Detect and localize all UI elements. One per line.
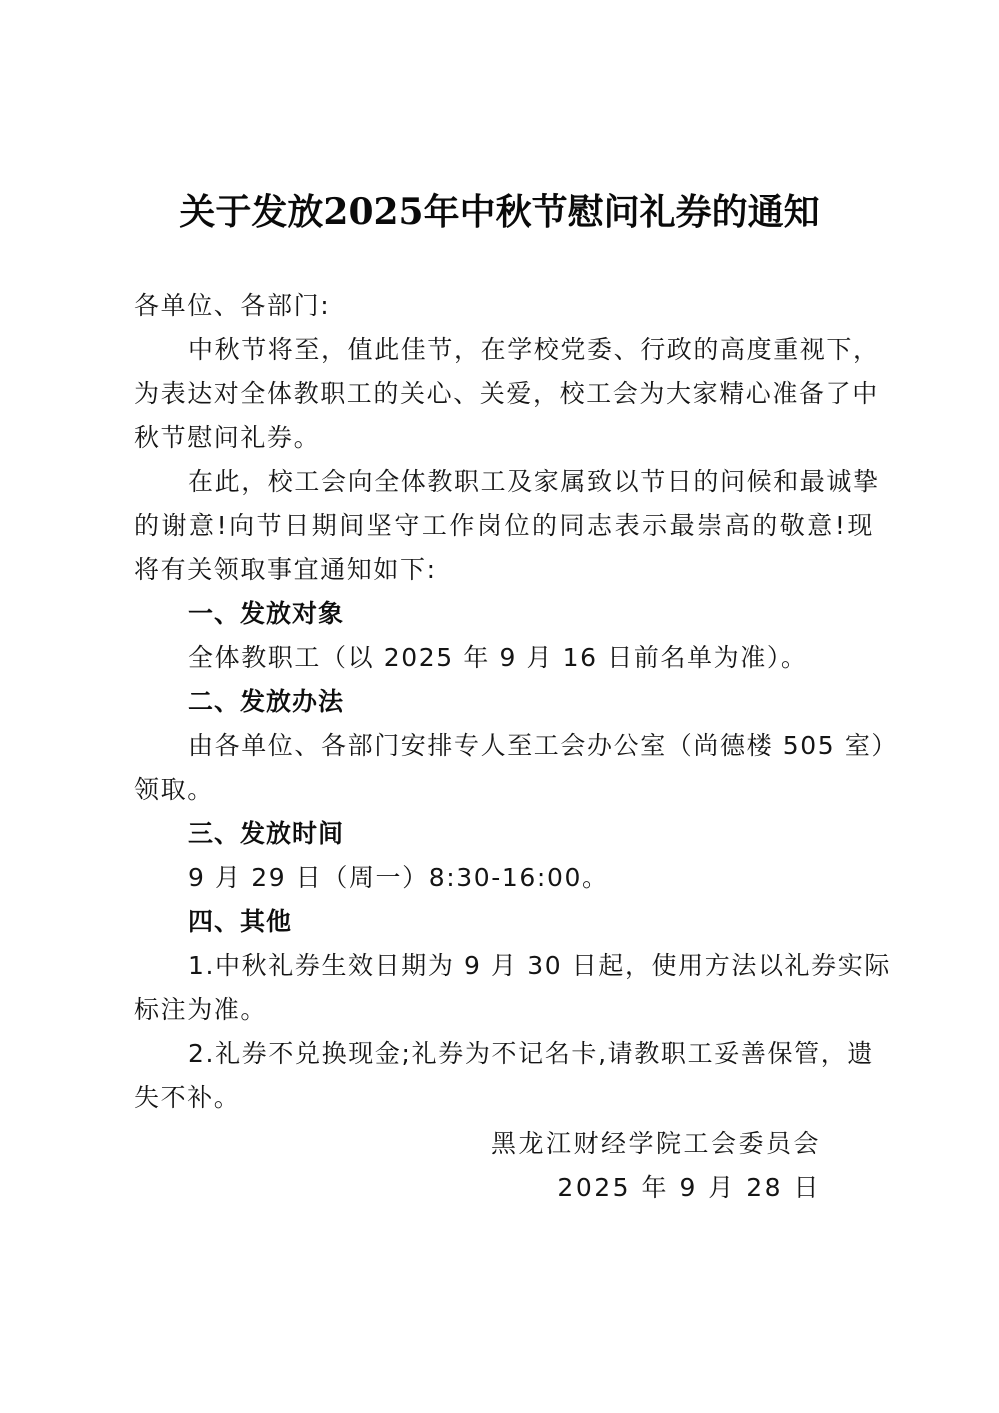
section-other-item-2-line-2: 失不补。 [134, 1080, 874, 1116]
paragraph-2-line-2: 的谢意!向节日期间坚守工作岗位的同志表示最崇高的敬意!现 [134, 508, 874, 544]
section-other-item-1-line-1: 1.中秋礼券生效日期为 9 月 30 日起，使用方法以礼券实际 [188, 948, 874, 984]
paragraph-1-line-2: 为表达对全体教职工的关心、关爱，校工会为大家精心准备了中 [134, 376, 874, 412]
document-title: 关于发放2025年中秋节慰问礼券的通知 [0, 186, 999, 238]
section-recipients-line-1: 全体教职工（以 2025 年 9 月 16 日前名单为准）。 [188, 640, 874, 676]
section-heading-time: 三、发放时间 [188, 816, 874, 852]
section-other-item-2-line-1: 2.礼券不兑换现金;礼券为不记名卡,请教职工妥善保管，遗 [188, 1036, 874, 1072]
paragraph-1-line-1: 中秋节将至，值此佳节，在学校党委、行政的高度重视下， [188, 332, 874, 368]
salutation: 各单位、各部门: [134, 288, 874, 324]
paragraph-1-line-3: 秋节慰问礼券。 [134, 420, 874, 456]
section-other-item-1-line-2: 标注为准。 [134, 992, 874, 1028]
section-time-line-1: 9 月 29 日（周一）8:30-16:00。 [188, 860, 874, 896]
signature-organization: 黑龙江财经学院工会委员会 [491, 1126, 821, 1162]
section-heading-method: 二、发放办法 [188, 684, 874, 720]
section-method-line-2: 领取。 [134, 772, 874, 808]
document-page: 关于发放2025年中秋节慰问礼券的通知 各单位、各部门: 中秋节将至，值此佳节，… [0, 0, 999, 1413]
section-method-line-1: 由各单位、各部门安排专人至工会办公室（尚德楼 505 室） [188, 728, 874, 764]
paragraph-2-line-3: 将有关领取事宜通知如下: [134, 552, 874, 588]
paragraph-2-line-1: 在此，校工会向全体教职工及家属致以节日的问候和最诚挚 [188, 464, 874, 500]
section-heading-other: 四、其他 [188, 904, 874, 940]
signature-date: 2025 年 9 月 28 日 [557, 1170, 821, 1206]
section-heading-recipients: 一、发放对象 [188, 596, 874, 632]
